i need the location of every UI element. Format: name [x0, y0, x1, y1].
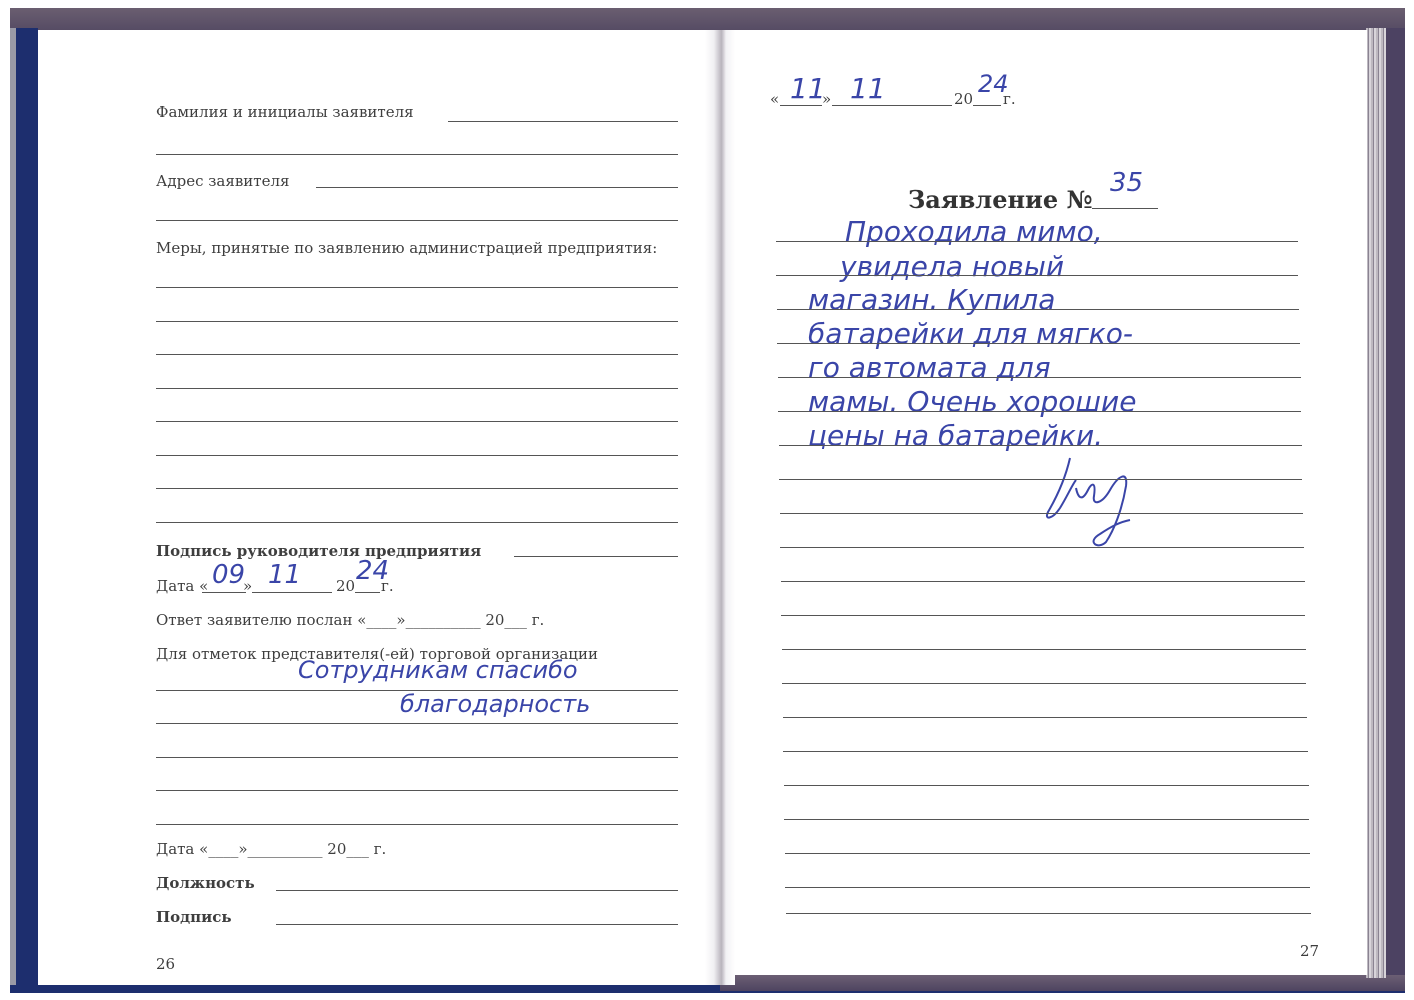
application-line[interactable] [783, 717, 1307, 718]
applicant-address-field[interactable] [316, 187, 678, 188]
manager-signature-field[interactable] [514, 556, 678, 557]
right-date-day-value: 11 [790, 72, 826, 105]
position-field[interactable] [276, 890, 678, 891]
notes-line[interactable] [156, 757, 678, 758]
book-cover-left [10, 28, 38, 990]
handwritten-line: батарейки для мягко- [808, 317, 1133, 350]
application-line[interactable] [779, 479, 1302, 480]
application-title: Заявление № [908, 185, 1093, 214]
application-line[interactable] [785, 887, 1310, 888]
application-line[interactable] [781, 615, 1305, 616]
measures-line[interactable] [156, 488, 678, 489]
right-date-day-field[interactable] [780, 105, 822, 106]
applicant-address-field-line2[interactable] [156, 220, 678, 221]
representative-note-line2: благодарность [400, 690, 590, 718]
applicant-name-field-line2[interactable] [156, 154, 678, 155]
application-line[interactable] [785, 853, 1310, 854]
reply-sent-label: Ответ заявителю послан «____»__________ … [156, 611, 544, 629]
applicant-name-field[interactable] [448, 121, 678, 122]
application-line[interactable] [783, 751, 1308, 752]
application-line[interactable] [784, 785, 1309, 786]
right-date-month-value: 11 [850, 72, 886, 105]
right-date-year-field[interactable] [973, 105, 1001, 106]
handwritten-line: магазин. Купила [808, 283, 1055, 316]
page-number-left: 26 [156, 955, 175, 973]
measures-line[interactable] [156, 421, 678, 422]
right-date-close-quote: » [822, 90, 831, 108]
applicant-signature [1040, 450, 1160, 550]
page-edges [1366, 28, 1386, 978]
measures-label: Меры, принятые по заявлению администраци… [156, 239, 657, 257]
measures-line[interactable] [156, 321, 678, 322]
handwritten-line: цены на батарейки. [808, 419, 1103, 452]
date-month-field[interactable] [252, 592, 332, 593]
date-month-value: 11 [268, 560, 301, 590]
application-line[interactable] [780, 547, 1304, 548]
representative-note-line1: Сотрудникам спасибо [298, 656, 578, 684]
book-cover-right [1385, 28, 1405, 988]
date-close-quote: » [243, 577, 252, 595]
page-number-right: 27 [1300, 942, 1319, 960]
date-day-field[interactable] [202, 592, 246, 593]
application-line[interactable] [778, 377, 1301, 378]
bottom-date-label: Дата «____»__________ 20___ г. [156, 840, 386, 858]
notes-line[interactable] [156, 723, 678, 724]
application-number-field[interactable] [1092, 208, 1158, 209]
notes-line[interactable] [156, 790, 678, 791]
notes-line[interactable] [156, 690, 678, 691]
application-number-value: 35 [1110, 168, 1143, 198]
application-line[interactable] [786, 913, 1311, 914]
measures-line[interactable] [156, 522, 678, 523]
application-line[interactable] [777, 343, 1300, 344]
measures-line[interactable] [156, 455, 678, 456]
handwritten-line: Проходила мимо, [845, 215, 1103, 248]
application-line[interactable] [776, 241, 1298, 242]
position-label: Должность [156, 874, 255, 892]
application-line[interactable] [782, 649, 1306, 650]
right-date-month-field[interactable] [832, 105, 952, 106]
measures-line[interactable] [156, 354, 678, 355]
application-line[interactable] [780, 513, 1303, 514]
date-day-value: 09 [212, 560, 245, 590]
handwritten-line: увидела новый [840, 250, 1064, 283]
right-date-year-unit: г. [1003, 90, 1016, 108]
application-line[interactable] [782, 683, 1306, 684]
measures-line[interactable] [156, 388, 678, 389]
notes-line[interactable] [156, 824, 678, 825]
right-date-open-quote: « [770, 90, 779, 108]
book-gutter [705, 30, 735, 985]
book-cover-bottom-right [720, 975, 1405, 991]
application-line[interactable] [777, 309, 1299, 310]
signature-label: Подпись [156, 908, 232, 926]
measures-line[interactable] [156, 287, 678, 288]
date-year-prefix: 20 [336, 577, 355, 595]
application-line[interactable] [778, 411, 1301, 412]
application-line[interactable] [776, 275, 1298, 276]
handwritten-line: го автомата для [808, 351, 1051, 384]
signature-field[interactable] [276, 924, 678, 925]
application-line[interactable] [779, 445, 1302, 446]
date-year-field[interactable] [355, 592, 380, 593]
applicant-address-label: Адрес заявителя [156, 172, 289, 190]
date-year-unit: г. [381, 577, 394, 595]
manager-signature-label: Подпись руководителя предприятия [156, 542, 481, 560]
application-line[interactable] [781, 581, 1305, 582]
right-date-year-prefix: 20 [954, 90, 973, 108]
handwritten-line: мамы. Очень хорошие [808, 385, 1136, 418]
date-label: Дата « [156, 577, 208, 595]
application-line[interactable] [784, 819, 1309, 820]
applicant-name-label: Фамилия и инициалы заявителя [156, 103, 414, 121]
